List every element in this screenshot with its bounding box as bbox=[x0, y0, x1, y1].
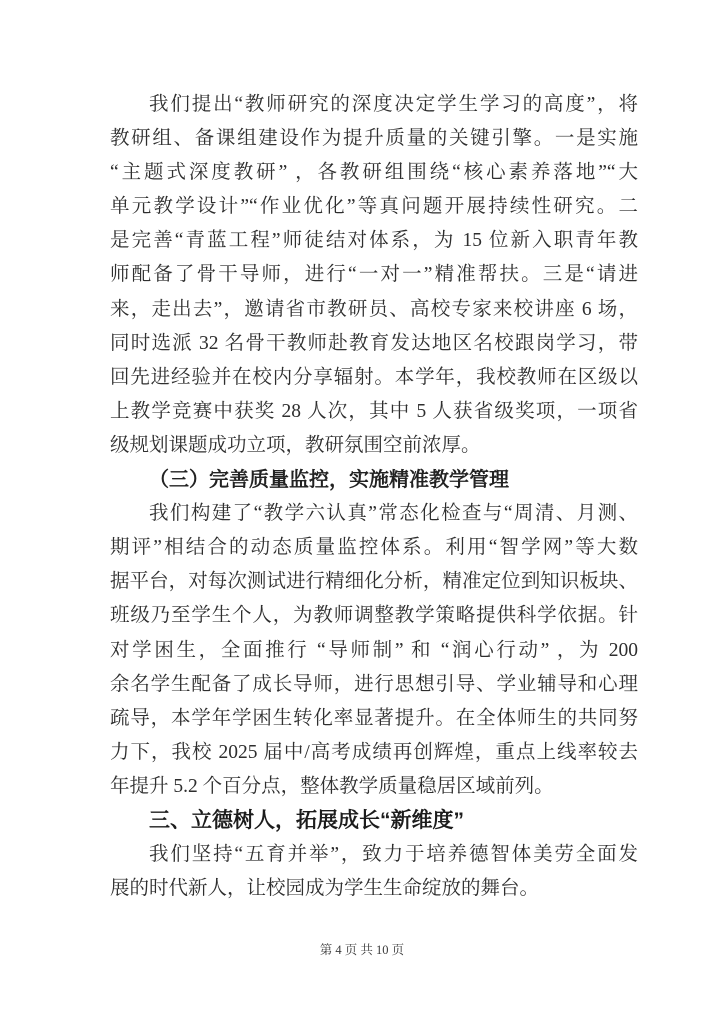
text-line: 力下，我校 2025 届中/高考成绩再创辉煌，重点上线率较去 bbox=[110, 736, 638, 770]
page-canvas: 我们提出“教师研究的深度决定学生学习的高度”，将教研组、备课组建设作为提升质量的… bbox=[0, 0, 724, 1024]
text-line: 我们提出“教师研究的深度决定学生学习的高度”，将 bbox=[110, 88, 638, 122]
text-line: 上教学竞赛中获奖 28 人次，其中 5 人获省级奖项，一项省 bbox=[110, 395, 638, 429]
text-line: 我们坚持“五育并举”，致力于培养德智体美劳全面发 bbox=[110, 838, 638, 872]
text-line: 教研组、备课组建设作为提升质量的关键引擎。一是实施 bbox=[110, 122, 638, 156]
text-line: 回先进经验并在校内分享辐射。本学年，我校教师在区级以 bbox=[110, 361, 638, 395]
text-line: 疏导，本学年学困生转化率显著提升。在全体师生的共同努 bbox=[110, 702, 638, 736]
text-line: “主题式深度教研” ，各教研组围绕“核心素养落地”“大 bbox=[110, 156, 638, 190]
text-line: 单元教学设计”“作业优化”等真问题开展持续性研究。二 bbox=[110, 190, 638, 224]
text-line: 展的时代新人，让校园成为学生生命绽放的舞台。 bbox=[110, 872, 638, 906]
document-content: 我们提出“教师研究的深度决定学生学习的高度”，将教研组、备课组建设作为提升质量的… bbox=[110, 88, 638, 906]
document-page: { "document": { "text_color": "#2e2e2e",… bbox=[0, 0, 724, 1024]
section-heading: （三）完善质量监控，实施精准教学管理 bbox=[110, 463, 638, 497]
text-line: 级规划课题成功立项，教研氛围空前浓厚。 bbox=[110, 429, 638, 463]
text-line: 据平台，对每次测试进行精细化分析，精准定位到知识板块、 bbox=[110, 565, 638, 599]
text-line: 我们构建了“教学六认真”常态化检查与“周清、月测、 bbox=[110, 497, 638, 531]
text-line: 期评”相结合的动态质量监控体系。利用“智学网”等大数 bbox=[110, 531, 638, 565]
text-line: 班级乃至学生个人，为教师调整教学策略提供科学依据。针 bbox=[110, 599, 638, 633]
page-footer: 第 4 页 共 10 页 bbox=[0, 941, 724, 959]
section-heading: 三、立德树人，拓展成长“新维度” bbox=[110, 804, 638, 838]
text-line: 对学困生，全面推行 “导师制” 和 “润心行动” ，为 200 bbox=[110, 634, 638, 668]
text-line: 余名学生配备了成长导师，进行思想引导、学业辅导和心理 bbox=[110, 668, 638, 702]
text-line: 来，走出去”，邀请省市教研员、高校专家来校讲座 6 场， bbox=[110, 293, 638, 327]
text-line: 是完善“青蓝工程”师徒结对体系，为 15 位新入职青年教 bbox=[110, 224, 638, 258]
page-number-label: 第 4 页 共 10 页 bbox=[320, 943, 404, 957]
text-line: 年提升 5.2 个百分点，整体教学质量稳居区域前列。 bbox=[110, 770, 638, 804]
text-line: 师配备了骨干导师，进行“一对一”精准帮扶。三是“请进 bbox=[110, 258, 638, 292]
text-line: 同时选派 32 名骨干教师赴教育发达地区名校跟岗学习，带 bbox=[110, 327, 638, 361]
